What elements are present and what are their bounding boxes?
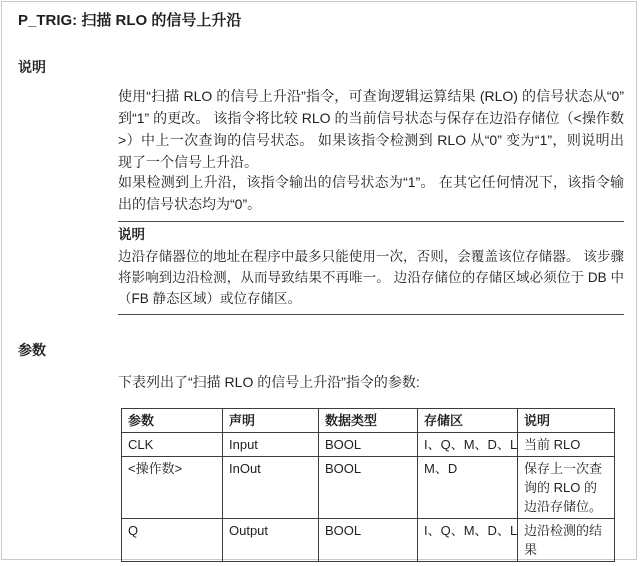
- column-header: 参数: [122, 409, 223, 433]
- table-cell: 边沿检测的结果: [518, 519, 615, 562]
- table-row: QOutputBOOLI、Q、M、D、L边沿检测的结果: [122, 519, 615, 562]
- table-cell: BOOL: [319, 457, 418, 519]
- table-row: <操作数>InOutBOOLM、D保存上一次查询的 RLO 的边沿存储位。: [122, 457, 615, 519]
- note-block: 说明 边沿存储器位的地址在程序中最多只能使用一次，否则，会覆盖该位存储器。 该步…: [118, 221, 624, 315]
- table-cell: CLK: [122, 433, 223, 457]
- column-header: 数据类型: [319, 409, 418, 433]
- table-body: CLKInputBOOLI、Q、M、D、L当前 RLO<操作数>InOutBOO…: [122, 433, 615, 562]
- table-cell: <操作数>: [122, 457, 223, 519]
- note-body: 边沿存储器位的地址在程序中最多只能使用一次，否则，会覆盖该位存储器。 该步骤将影…: [118, 246, 624, 309]
- table-cell: Input: [223, 433, 319, 457]
- parameters-intro: 下表列出了“扫描 RLO 的信号上升沿”指令的参数:: [118, 371, 624, 393]
- table-cell: Output: [223, 519, 319, 562]
- table-cell: BOOL: [319, 519, 418, 562]
- column-header: 存储区: [418, 409, 518, 433]
- note-heading: 说明: [118, 226, 624, 243]
- table-cell: 保存上一次查询的 RLO 的边沿存储位。: [518, 457, 615, 519]
- table-cell: 当前 RLO: [518, 433, 615, 457]
- description-section-heading: 说明: [18, 58, 46, 76]
- table-cell: Q: [122, 519, 223, 562]
- table-cell: BOOL: [319, 433, 418, 457]
- description-paragraph-1: 使用“扫描 RLO 的信号上升沿”指令，可查询逻辑运算结果 (RLO) 的信号状…: [118, 85, 624, 173]
- parameters-table: 参数声明数据类型存储区说明 CLKInputBOOLI、Q、M、D、L当前 RL…: [121, 408, 615, 562]
- table-cell: I、Q、M、D、L: [418, 519, 518, 562]
- column-header: 声明: [223, 409, 319, 433]
- description-paragraph-2: 如果检测到上升沿，该指令输出的信号状态为“1”。 在其它任何情况下，该指令输出的…: [118, 171, 624, 215]
- table-cell: I、Q、M、D、L: [418, 433, 518, 457]
- column-header: 说明: [518, 409, 615, 433]
- table-row: CLKInputBOOLI、Q、M、D、L当前 RLO: [122, 433, 615, 457]
- page-title: P_TRIG: 扫描 RLO 的信号上升沿: [18, 11, 618, 30]
- table-header-row: 参数声明数据类型存储区说明: [122, 409, 615, 433]
- table-cell: InOut: [223, 457, 319, 519]
- parameters-section-heading: 参数: [18, 341, 46, 359]
- table-cell: M、D: [418, 457, 518, 519]
